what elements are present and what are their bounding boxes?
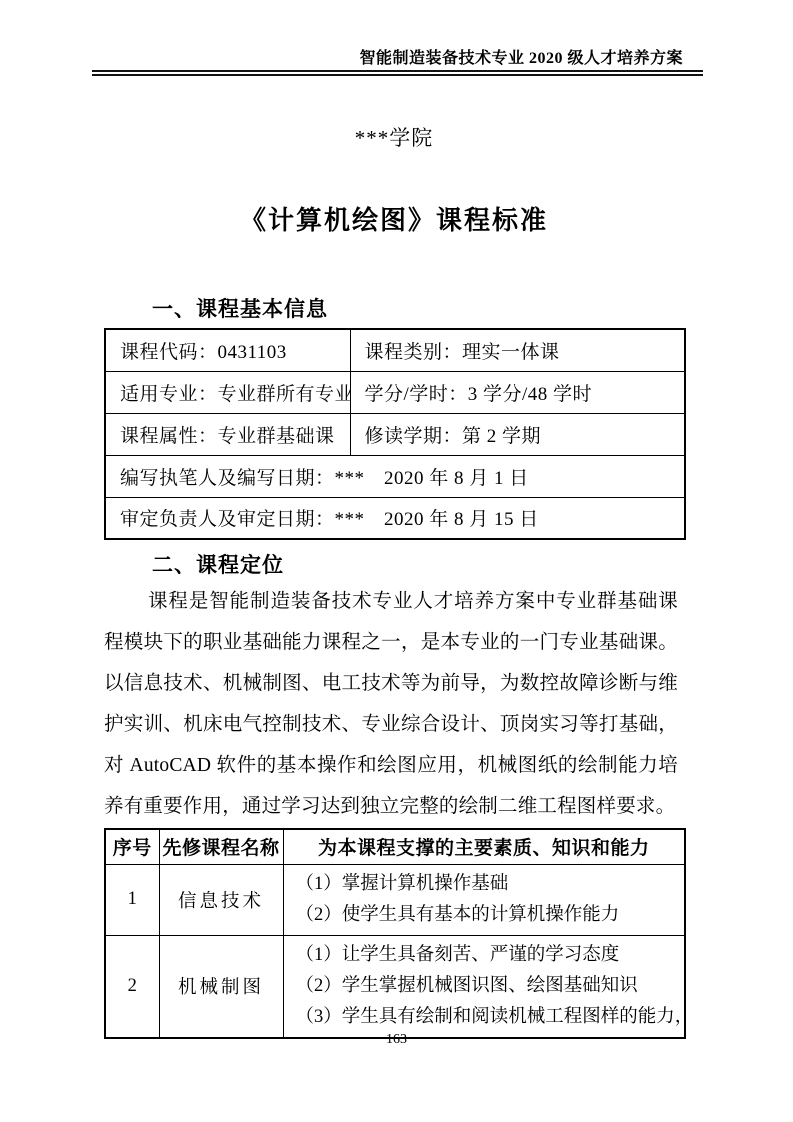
cell-author-date: 编写执笔人及编写日期：*** 2020 年 8 月 1 日	[105, 455, 685, 497]
support-item: （2）学生掌握机械图识图、绘图基础知识	[296, 971, 681, 1002]
cell-course-attribute: 课程属性：专业群基础课	[105, 413, 350, 455]
support-item: （1）让学生具备刻苦、严谨的学习态度	[296, 940, 681, 971]
table-row: 2 机械制图 （1）让学生具备刻苦、严谨的学习态度 （2）学生掌握机械图识图、绘…	[105, 935, 685, 1038]
table-row: 适用专业：专业群所有专业 学分/学时：3 学分/48 学时	[105, 371, 685, 413]
page-header-text: 智能制造装备技术专业 2020 级人才培养方案	[359, 45, 683, 68]
cell-credits-hours: 学分/学时：3 学分/48 学时	[350, 371, 685, 413]
cell-applicable-majors: 适用专业：专业群所有专业	[105, 371, 350, 413]
cell-seq-no: 2	[105, 935, 159, 1038]
course-position-paragraph: 课程是智能制造装备技术专业人才培养方案中专业群基础课程模块下的职业基础能力课程之…	[104, 581, 678, 827]
table-row: 1 信息技术 （1）掌握计算机操作基础 （2）使学生具有基本的计算机操作能力	[105, 864, 685, 935]
table-row: 课程属性：专业群基础课 修读学期：第 2 学期	[105, 413, 685, 455]
cell-seq-no: 1	[105, 864, 159, 935]
support-item: （1）掌握计算机操作基础	[296, 869, 681, 900]
section-heading-course-position: 二、课程定位	[152, 549, 284, 579]
cell-support-items: （1）掌握计算机操作基础 （2）使学生具有基本的计算机操作能力	[283, 864, 685, 935]
table-row: 课程代码：0431103 课程类别：理实一体课	[105, 329, 685, 371]
cell-course-name: 信息技术	[159, 864, 283, 935]
header-double-rule	[92, 70, 703, 76]
cell-reviewer-date: 审定负责人及审定日期：*** 2020 年 8 月 15 日	[105, 497, 685, 539]
cell-course-code: 课程代码：0431103	[105, 329, 350, 371]
prerequisite-courses-table: 序号 先修课程名称 为本课程支撑的主要素质、知识和能力 1 信息技术 （1）掌握…	[104, 828, 686, 1039]
table-row: 审定负责人及审定日期：*** 2020 年 8 月 15 日	[105, 497, 685, 539]
institution-title: ***学院	[104, 122, 684, 152]
table-row: 编写执笔人及编写日期：*** 2020 年 8 月 1 日	[105, 455, 685, 497]
header-supported-qualities: 为本课程支撑的主要素质、知识和能力	[283, 829, 685, 864]
cell-study-semester: 修读学期：第 2 学期	[350, 413, 685, 455]
header-seq-no: 序号	[105, 829, 159, 864]
support-item: （2）使学生具有基本的计算机操作能力	[296, 900, 681, 931]
section-heading-basic-info: 一、课程基本信息	[152, 293, 328, 323]
cell-support-items: （1）让学生具备刻苦、严谨的学习态度 （2）学生掌握机械图识图、绘图基础知识 （…	[283, 935, 685, 1038]
cell-course-category: 课程类别：理实一体课	[350, 329, 685, 371]
cell-course-name: 机械制图	[159, 935, 283, 1038]
page-number: 163	[0, 1032, 793, 1048]
document-page: 智能制造装备技术专业 2020 级人才培养方案 ***学院 《计算机绘图》课程标…	[0, 0, 793, 1122]
basic-info-table: 课程代码：0431103 课程类别：理实一体课 适用专业：专业群所有专业 学分/…	[104, 328, 686, 540]
course-standard-title: 《计算机绘图》课程标准	[104, 200, 684, 237]
table-header-row: 序号 先修课程名称 为本课程支撑的主要素质、知识和能力	[105, 829, 685, 864]
support-item: （3）学生具有绘制和阅读机械工程图样的能力，具有空	[296, 1002, 681, 1033]
header-prereq-course-name: 先修课程名称	[159, 829, 283, 864]
